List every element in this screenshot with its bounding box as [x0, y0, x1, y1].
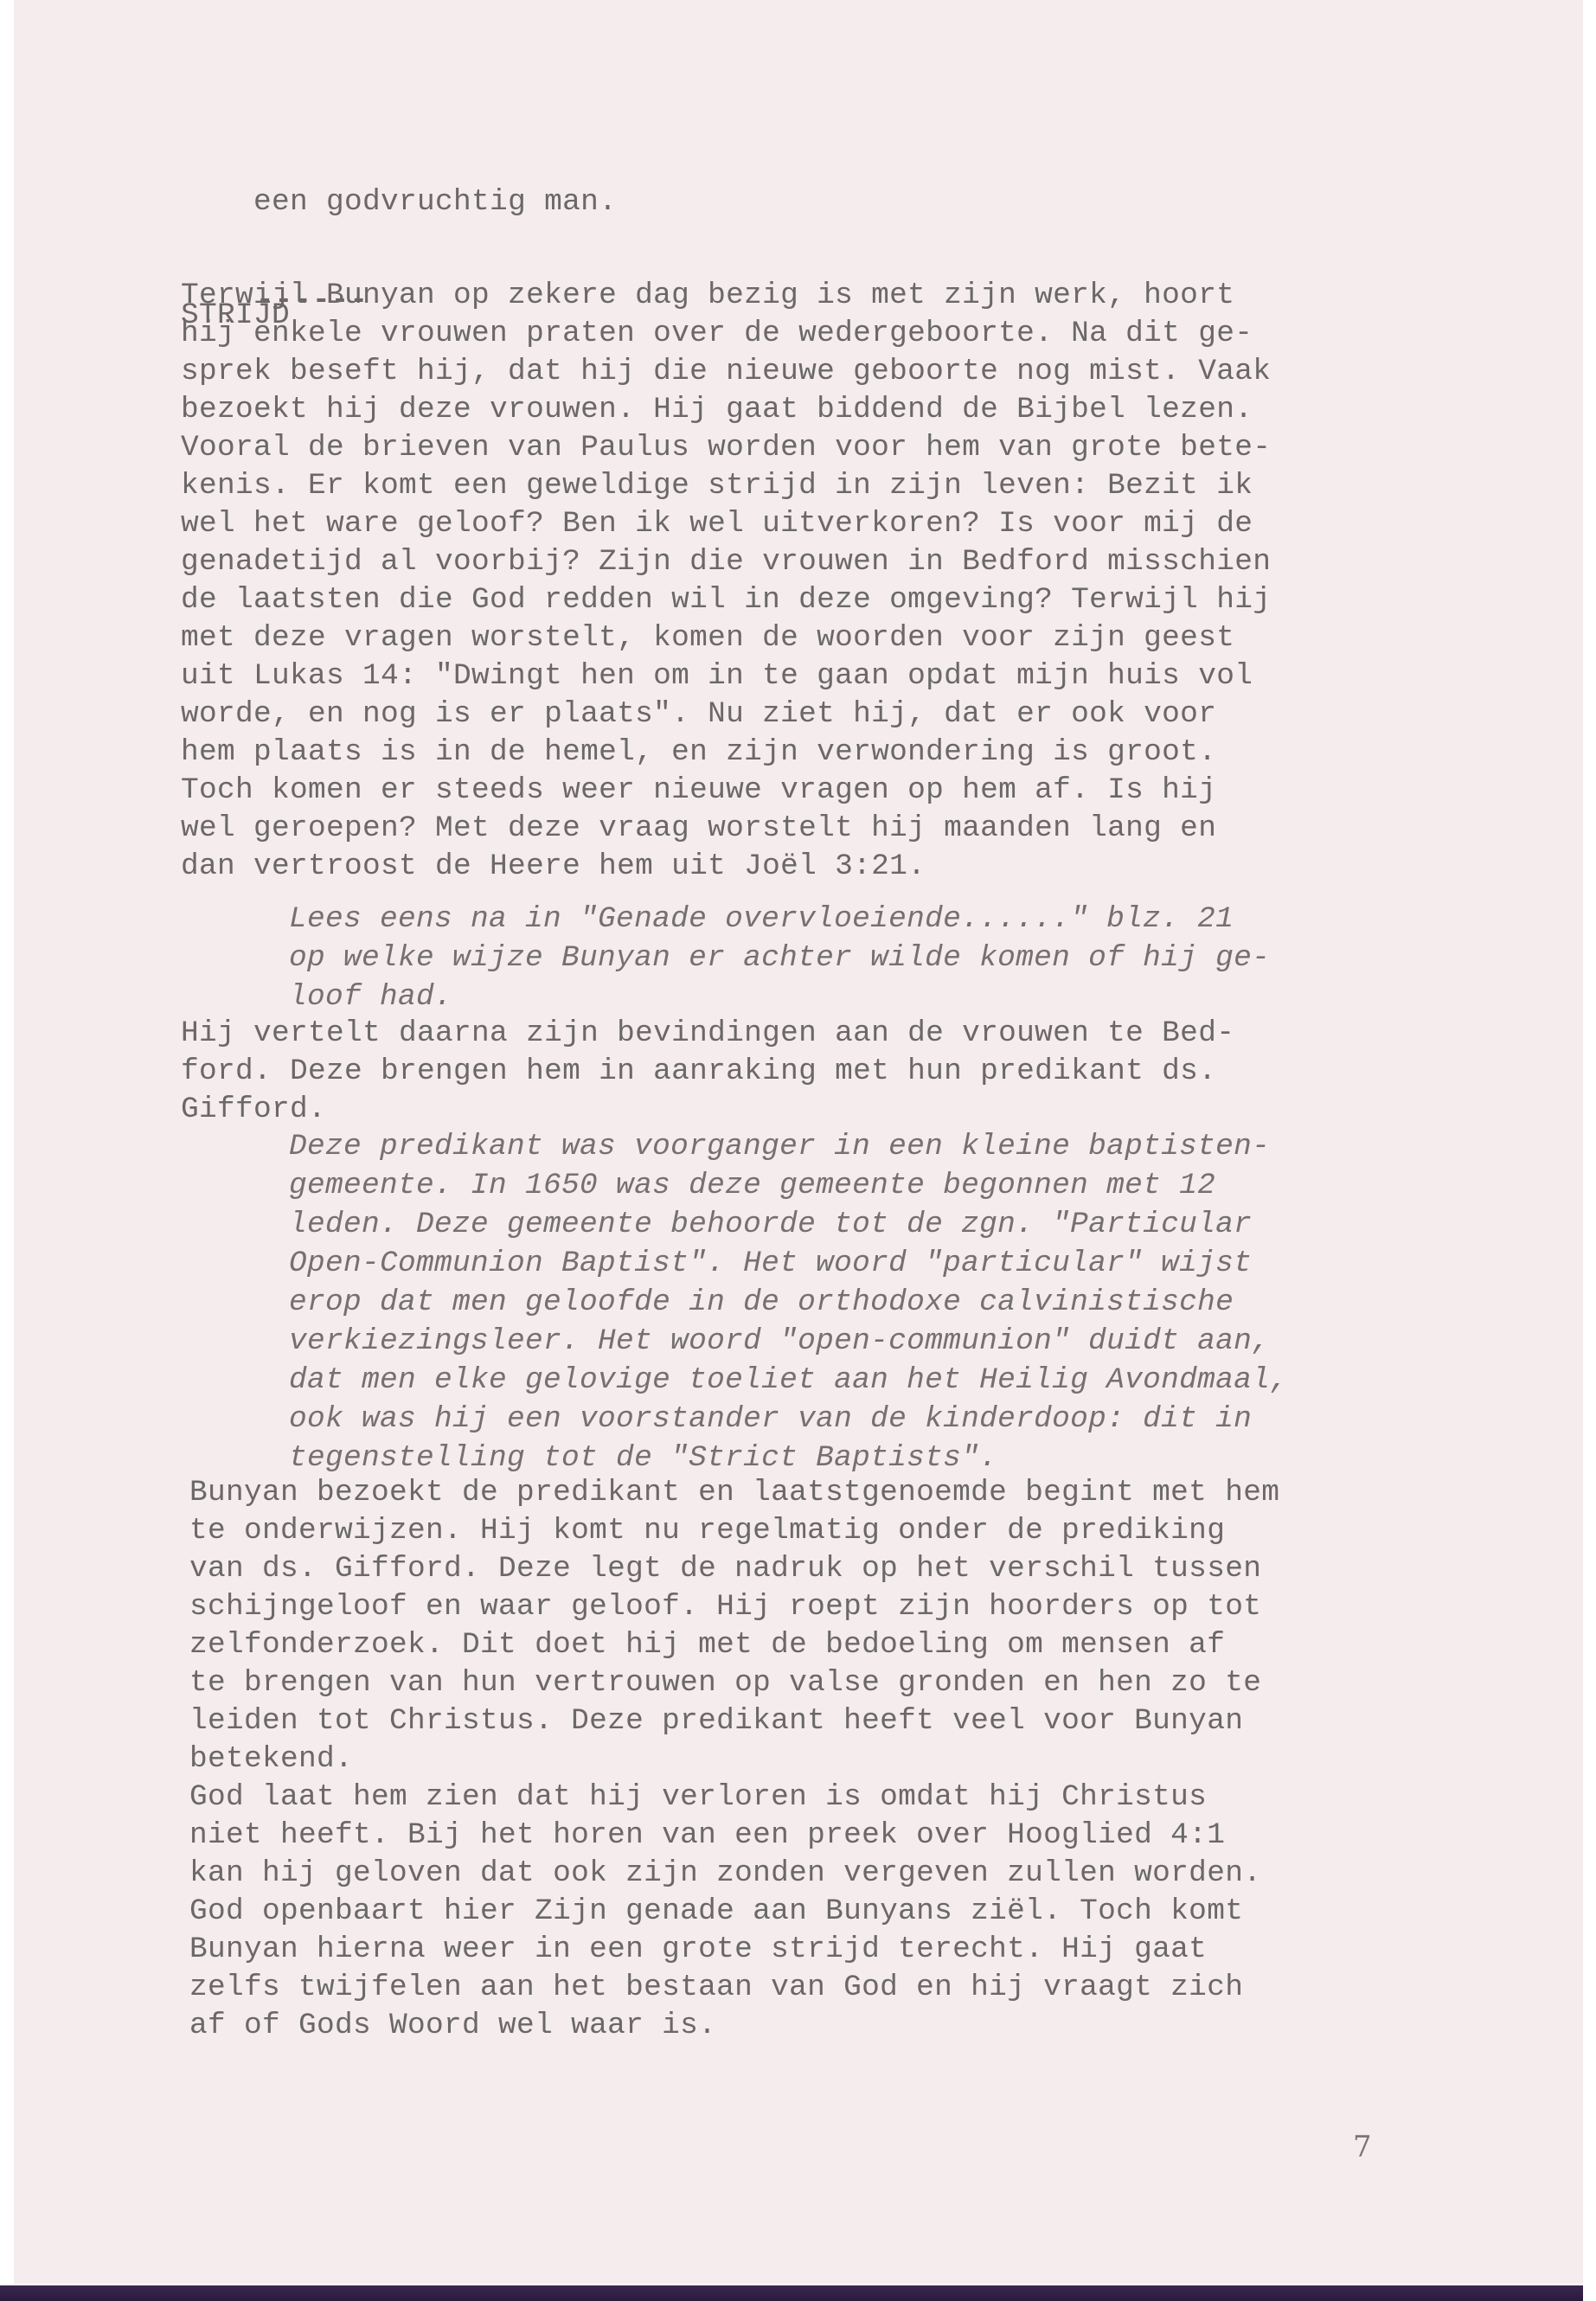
- paragraph-line: niet heeft. Bij het horen van een preek …: [189, 1817, 1261, 1855]
- paragraph-line: kenis. Er komt een geweldige strijd in z…: [181, 467, 1271, 505]
- paragraph-line: genadetijd al voorbij? Zijn die vrouwen …: [181, 543, 1271, 581]
- paragraph-line: worde, en nog is er plaats". Nu ziet hij…: [181, 695, 1271, 734]
- paragraph-line: leiden tot Christus. Deze predikant heef…: [189, 1702, 1279, 1740]
- paragraph-line: Bunyan hierna weer in een grote strijd t…: [189, 1931, 1261, 1969]
- note-line: verkiezingsleer. Het woord "open-communi…: [289, 1322, 1288, 1361]
- paragraph-line: sprek beseft hij, dat hij die nieuwe geb…: [181, 353, 1271, 391]
- paragraph-line: Hij vertelt daarna zijn bevindingen aan …: [181, 1015, 1234, 1053]
- paragraph-2: Hij vertelt daarna zijn bevindingen aan …: [181, 1015, 1234, 1129]
- note-line: ook was hij een voorstander van de kinde…: [289, 1400, 1288, 1439]
- paragraph-line: Gifford.: [181, 1091, 1234, 1129]
- paragraph-line: van ds. Gifford. Deze legt de nadruk op …: [189, 1550, 1279, 1588]
- paragraph-line: Bunyan bezoekt de predikant en laatstgen…: [189, 1474, 1279, 1512]
- note-1: Lees eens na in "Genade overvloeiende...…: [289, 900, 1270, 1016]
- paragraph-line: hem plaats is in de hemel, en zijn verwo…: [181, 734, 1271, 772]
- paragraph-line: de laatsten die God redden wil in deze o…: [181, 581, 1271, 619]
- note-line: Deze predikant was voorganger in een kle…: [289, 1127, 1288, 1166]
- note-2: Deze predikant was voorganger in een kle…: [289, 1127, 1288, 1477]
- paragraph-line: uit Lukas 14: "Dwingt hen om in te gaan …: [181, 657, 1271, 695]
- paragraph-line: wel het ware geloof? Ben ik wel uitverko…: [181, 505, 1271, 543]
- paragraph-line: betekend.: [189, 1740, 1279, 1779]
- paragraph-line: hij enkele vrouwen praten over de wederg…: [181, 315, 1271, 353]
- paragraph-line: met deze vragen worstelt, komen de woord…: [181, 619, 1271, 657]
- paragraph-line: wel geroepen? Met deze vraag worstelt hi…: [181, 810, 1271, 848]
- paragraph-line: Toch komen er steeds weer nieuwe vragen …: [181, 772, 1271, 810]
- page-number: 7: [1353, 2130, 1372, 2164]
- paragraph-line: Terwijl Bunyan op zekere dag bezig is me…: [181, 277, 1271, 315]
- note-line: tegenstelling tot de "Strict Baptists".: [289, 1439, 1288, 1477]
- paragraph-line: schijngeloof en waar geloof. Hij roept z…: [189, 1588, 1279, 1626]
- note-line: op welke wijze Bunyan er achter wilde ko…: [289, 939, 1270, 977]
- paragraph-line: Vooral de brieven van Paulus worden voor…: [181, 429, 1271, 467]
- note-line: dat men elke gelovige toeliet aan het He…: [289, 1361, 1288, 1400]
- paragraph-line: God openbaart hier Zijn genade aan Bunya…: [189, 1893, 1261, 1931]
- paragraph-line: dan vertroost de Heere hem uit Joël 3:21…: [181, 848, 1271, 886]
- note-line: gemeente. In 1650 was deze gemeente bego…: [289, 1166, 1288, 1205]
- scanned-page: een godvruchtig man. STRIJD ------ Terwi…: [14, 0, 1583, 2284]
- paragraph-line: kan hij geloven dat ook zijn zonden verg…: [189, 1855, 1261, 1893]
- paragraph-line: af of Gods Woord wel waar is.: [189, 2007, 1261, 2045]
- note-line: Open-Communion Baptist". Het woord "part…: [289, 1244, 1288, 1283]
- paragraph-line: God laat hem zien dat hij verloren is om…: [189, 1779, 1261, 1817]
- note-line: erop dat men geloofde in de orthodoxe ca…: [289, 1283, 1288, 1322]
- paragraph-line: bezoekt hij deze vrouwen. Hij gaat bidde…: [181, 391, 1271, 429]
- paragraph-line: zelfs twijfelen aan het bestaan van God …: [189, 1969, 1261, 2007]
- note-line: Lees eens na in "Genade overvloeiende...…: [289, 900, 1270, 939]
- paragraph-3: Bunyan bezoekt de predikant en laatstgen…: [189, 1474, 1279, 1779]
- paragraph-line: te brengen van hun vertrouwen op valse g…: [189, 1664, 1279, 1702]
- paragraph-line: zelfonderzoek. Dit doet hij met de bedoe…: [189, 1626, 1279, 1664]
- scan-bottom-edge: [0, 2285, 1583, 2301]
- paragraph-1: Terwijl Bunyan op zekere dag bezig is me…: [181, 277, 1271, 886]
- paragraph-line: te onderwijzen. Hij komt nu regelmatig o…: [189, 1512, 1279, 1550]
- opening-line-text: een godvruchtig man.: [253, 185, 617, 219]
- note-line: leden. Deze gemeente behoorde tot de zgn…: [289, 1205, 1288, 1244]
- paragraph-line: ford. Deze brengen hem in aanraking met …: [181, 1053, 1234, 1091]
- note-line: loof had.: [289, 977, 1270, 1016]
- paragraph-4: God laat hem zien dat hij verloren is om…: [189, 1779, 1261, 2045]
